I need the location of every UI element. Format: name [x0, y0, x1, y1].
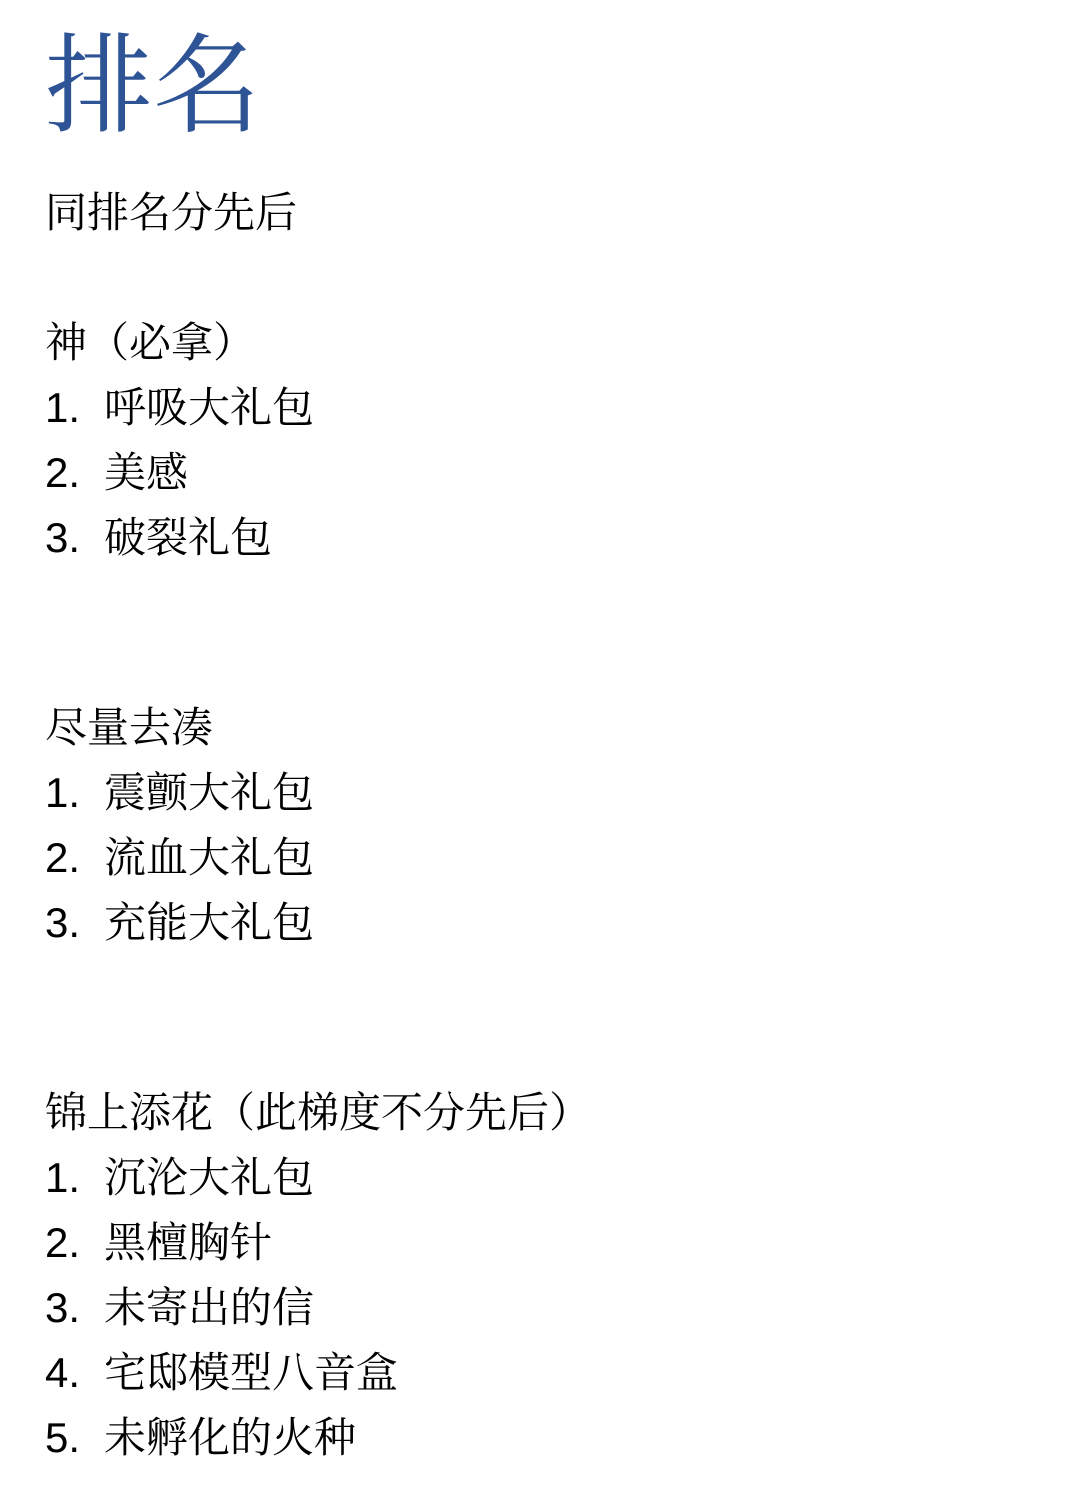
list-item-number: 2.	[45, 825, 104, 890]
list-item: 4. 宅邸模型八音盒	[45, 1340, 1040, 1405]
list-item-label: 呼吸大礼包	[104, 375, 1040, 440]
section-header: 锦上添花（此梯度不分先后）	[45, 1080, 1040, 1145]
list-item: 2. 流血大礼包	[45, 825, 1040, 890]
page-title: 排名	[45, 22, 1040, 150]
list-item: 1. 呼吸大礼包	[45, 375, 1040, 440]
list-item-number: 5.	[45, 1405, 104, 1470]
list-item-label: 破裂礼包	[104, 505, 1040, 570]
list-item-number: 3.	[45, 1275, 104, 1340]
list-item-number: 1.	[45, 760, 104, 825]
document-page: 排名 同排名分先后 神（必拿） 1. 呼吸大礼包 2. 美感 3. 破裂礼包 尽…	[0, 0, 1080, 1470]
list-item-number: 4.	[45, 1340, 104, 1405]
list-item-number: 2.	[45, 440, 104, 505]
ranking-section-try-to-get: 尽量去凑 1. 震颤大礼包 2. 流血大礼包 3. 充能大礼包	[45, 695, 1040, 955]
list-item-label: 流血大礼包	[104, 825, 1040, 890]
list-item-label: 黑檀胸针	[104, 1210, 1040, 1275]
list-item: 3. 破裂礼包	[45, 505, 1040, 570]
list-item: 3. 充能大礼包	[45, 890, 1040, 955]
list-item: 3. 未寄出的信	[45, 1275, 1040, 1340]
subtitle-note: 同排名分先后	[45, 180, 1040, 245]
list-item-label: 未孵化的火种	[104, 1405, 1040, 1470]
list-item-label: 美感	[104, 440, 1040, 505]
ranking-section-bonus: 锦上添花（此梯度不分先后） 1. 沉沦大礼包 2. 黑檀胸针 3. 未寄出的信 …	[45, 1080, 1040, 1470]
list-item-label: 充能大礼包	[104, 890, 1040, 955]
list-item-label: 沉沦大礼包	[104, 1145, 1040, 1210]
list-item: 1. 震颤大礼包	[45, 760, 1040, 825]
list-item-number: 1.	[45, 375, 104, 440]
list-item-number: 3.	[45, 505, 104, 570]
list-item-label: 震颤大礼包	[104, 760, 1040, 825]
section-header: 尽量去凑	[45, 695, 1040, 760]
list-item-label: 宅邸模型八音盒	[104, 1340, 1040, 1405]
list-item: 5. 未孵化的火种	[45, 1405, 1040, 1470]
list-item: 2. 美感	[45, 440, 1040, 505]
section-header: 神（必拿）	[45, 310, 1040, 375]
list-item-number: 1.	[45, 1145, 104, 1210]
list-item-number: 3.	[45, 890, 104, 955]
list-item: 2. 黑檀胸针	[45, 1210, 1040, 1275]
list-item-number: 2.	[45, 1210, 104, 1275]
list-item-label: 未寄出的信	[104, 1275, 1040, 1340]
ranking-section-must-take: 神（必拿） 1. 呼吸大礼包 2. 美感 3. 破裂礼包	[45, 310, 1040, 570]
list-item: 1. 沉沦大礼包	[45, 1145, 1040, 1210]
